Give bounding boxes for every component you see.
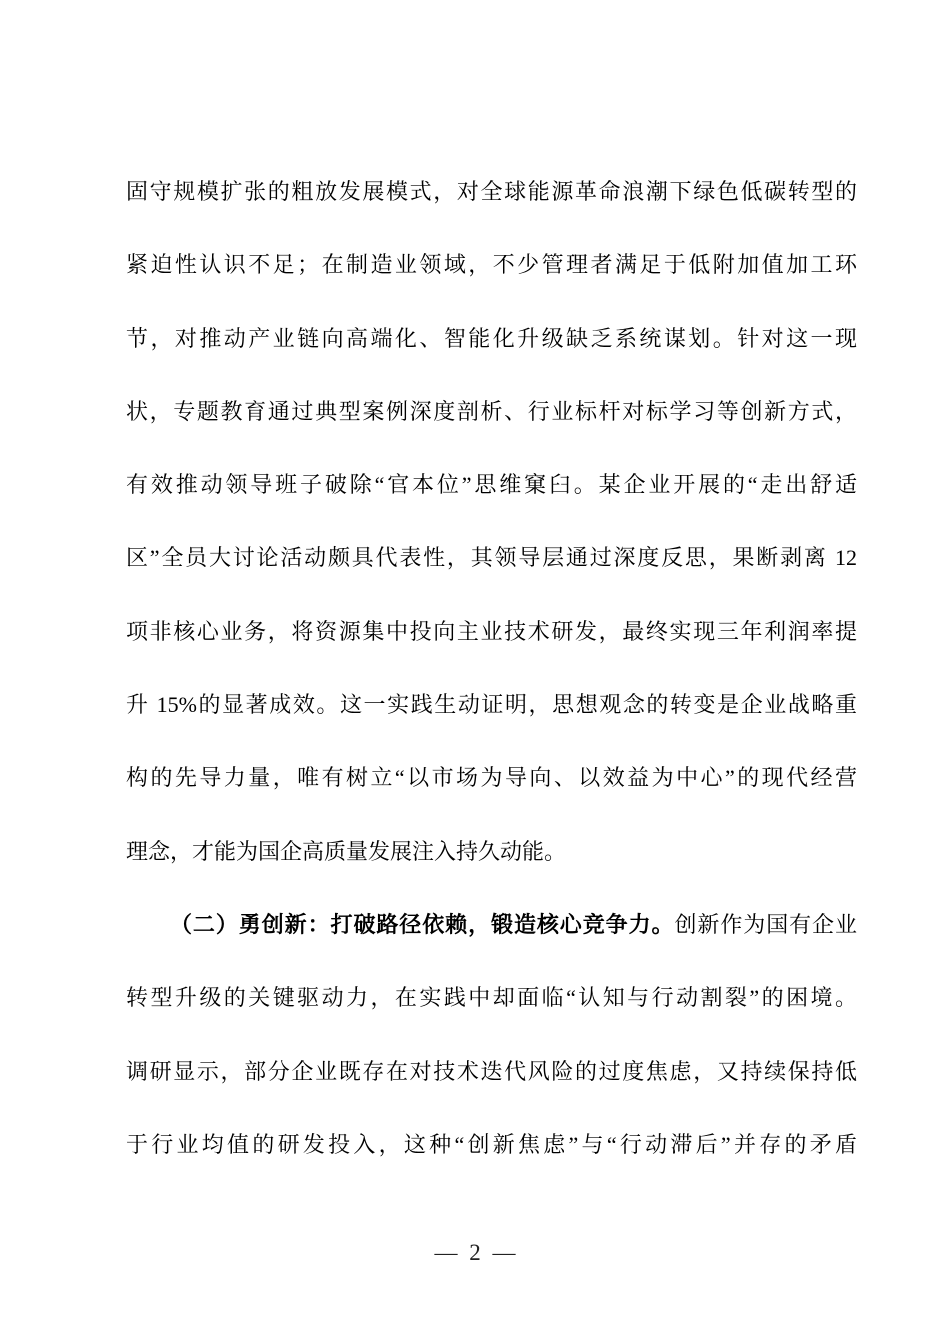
page-number: — 2 — — [435, 1240, 516, 1265]
section-heading: （二）勇创新：打破路径依赖，锻造核心竞争力。 — [170, 912, 674, 937]
text-line: 调研显示，部分企业既存在对技术迭代风险的过度焦虑，又持续保持低 — [126, 1035, 857, 1108]
text-line: 有效推动领导班子破除“官本位”思维窠臼。某企业开展的“走出舒适 — [126, 448, 857, 521]
text-line: 紧迫性认识不足；在制造业领域，不少管理者满足于低附加值加工环 — [126, 228, 857, 301]
document-body: 固守规模扩张的粗放发展模式，对全球能源革命浪潮下绿色低碳转型的 紧迫性认识不足；… — [126, 155, 857, 1181]
text-line: 于行业均值的研发投入，这种“创新焦虑”与“行动滞后”并存的矛盾 — [126, 1108, 857, 1181]
text-line: 节，对推动产业链向高端化、智能化升级缺乏系统谋划。针对这一现 — [126, 302, 857, 375]
page-footer: — 2 — — [0, 1238, 950, 1268]
text-line: 固守规模扩张的粗放发展模式，对全球能源革命浪潮下绿色低碳转型的 — [126, 155, 857, 228]
text-line: 区”全员大讨论活动颇具代表性，其领导层通过深度反思，果断剥离 12 — [126, 521, 857, 594]
text-line: 项非核心业务，将资源集中投向主业技术研发，最终实现三年利润率提 — [126, 595, 857, 668]
section-heading-line: （二）勇创新：打破路径依赖，锻造核心竞争力。创新作为国有企业 — [126, 888, 857, 961]
document-page: 固守规模扩张的粗放发展模式，对全球能源革命浪潮下绿色低碳转型的 紧迫性认识不足；… — [0, 0, 950, 1344]
text-line: 转型升级的关键驱动力，在实践中却面临“认知与行动割裂”的困境。 — [126, 961, 857, 1034]
text-line: 状，专题教育通过典型案例深度剖析、行业标杆对标学习等创新方式， — [126, 375, 857, 448]
text-segment: 创新作为国有企业 — [674, 912, 857, 937]
paragraph-end-line: 理念，才能为国企高质量发展注入持久动能。 — [126, 815, 857, 888]
text-line: 构的先导力量，唯有树立“以市场为导向、以效益为中心”的现代经营 — [126, 741, 857, 814]
text-line: 升 15%的显著成效。这一实践生动证明，思想观念的转变是企业战略重 — [126, 668, 857, 741]
